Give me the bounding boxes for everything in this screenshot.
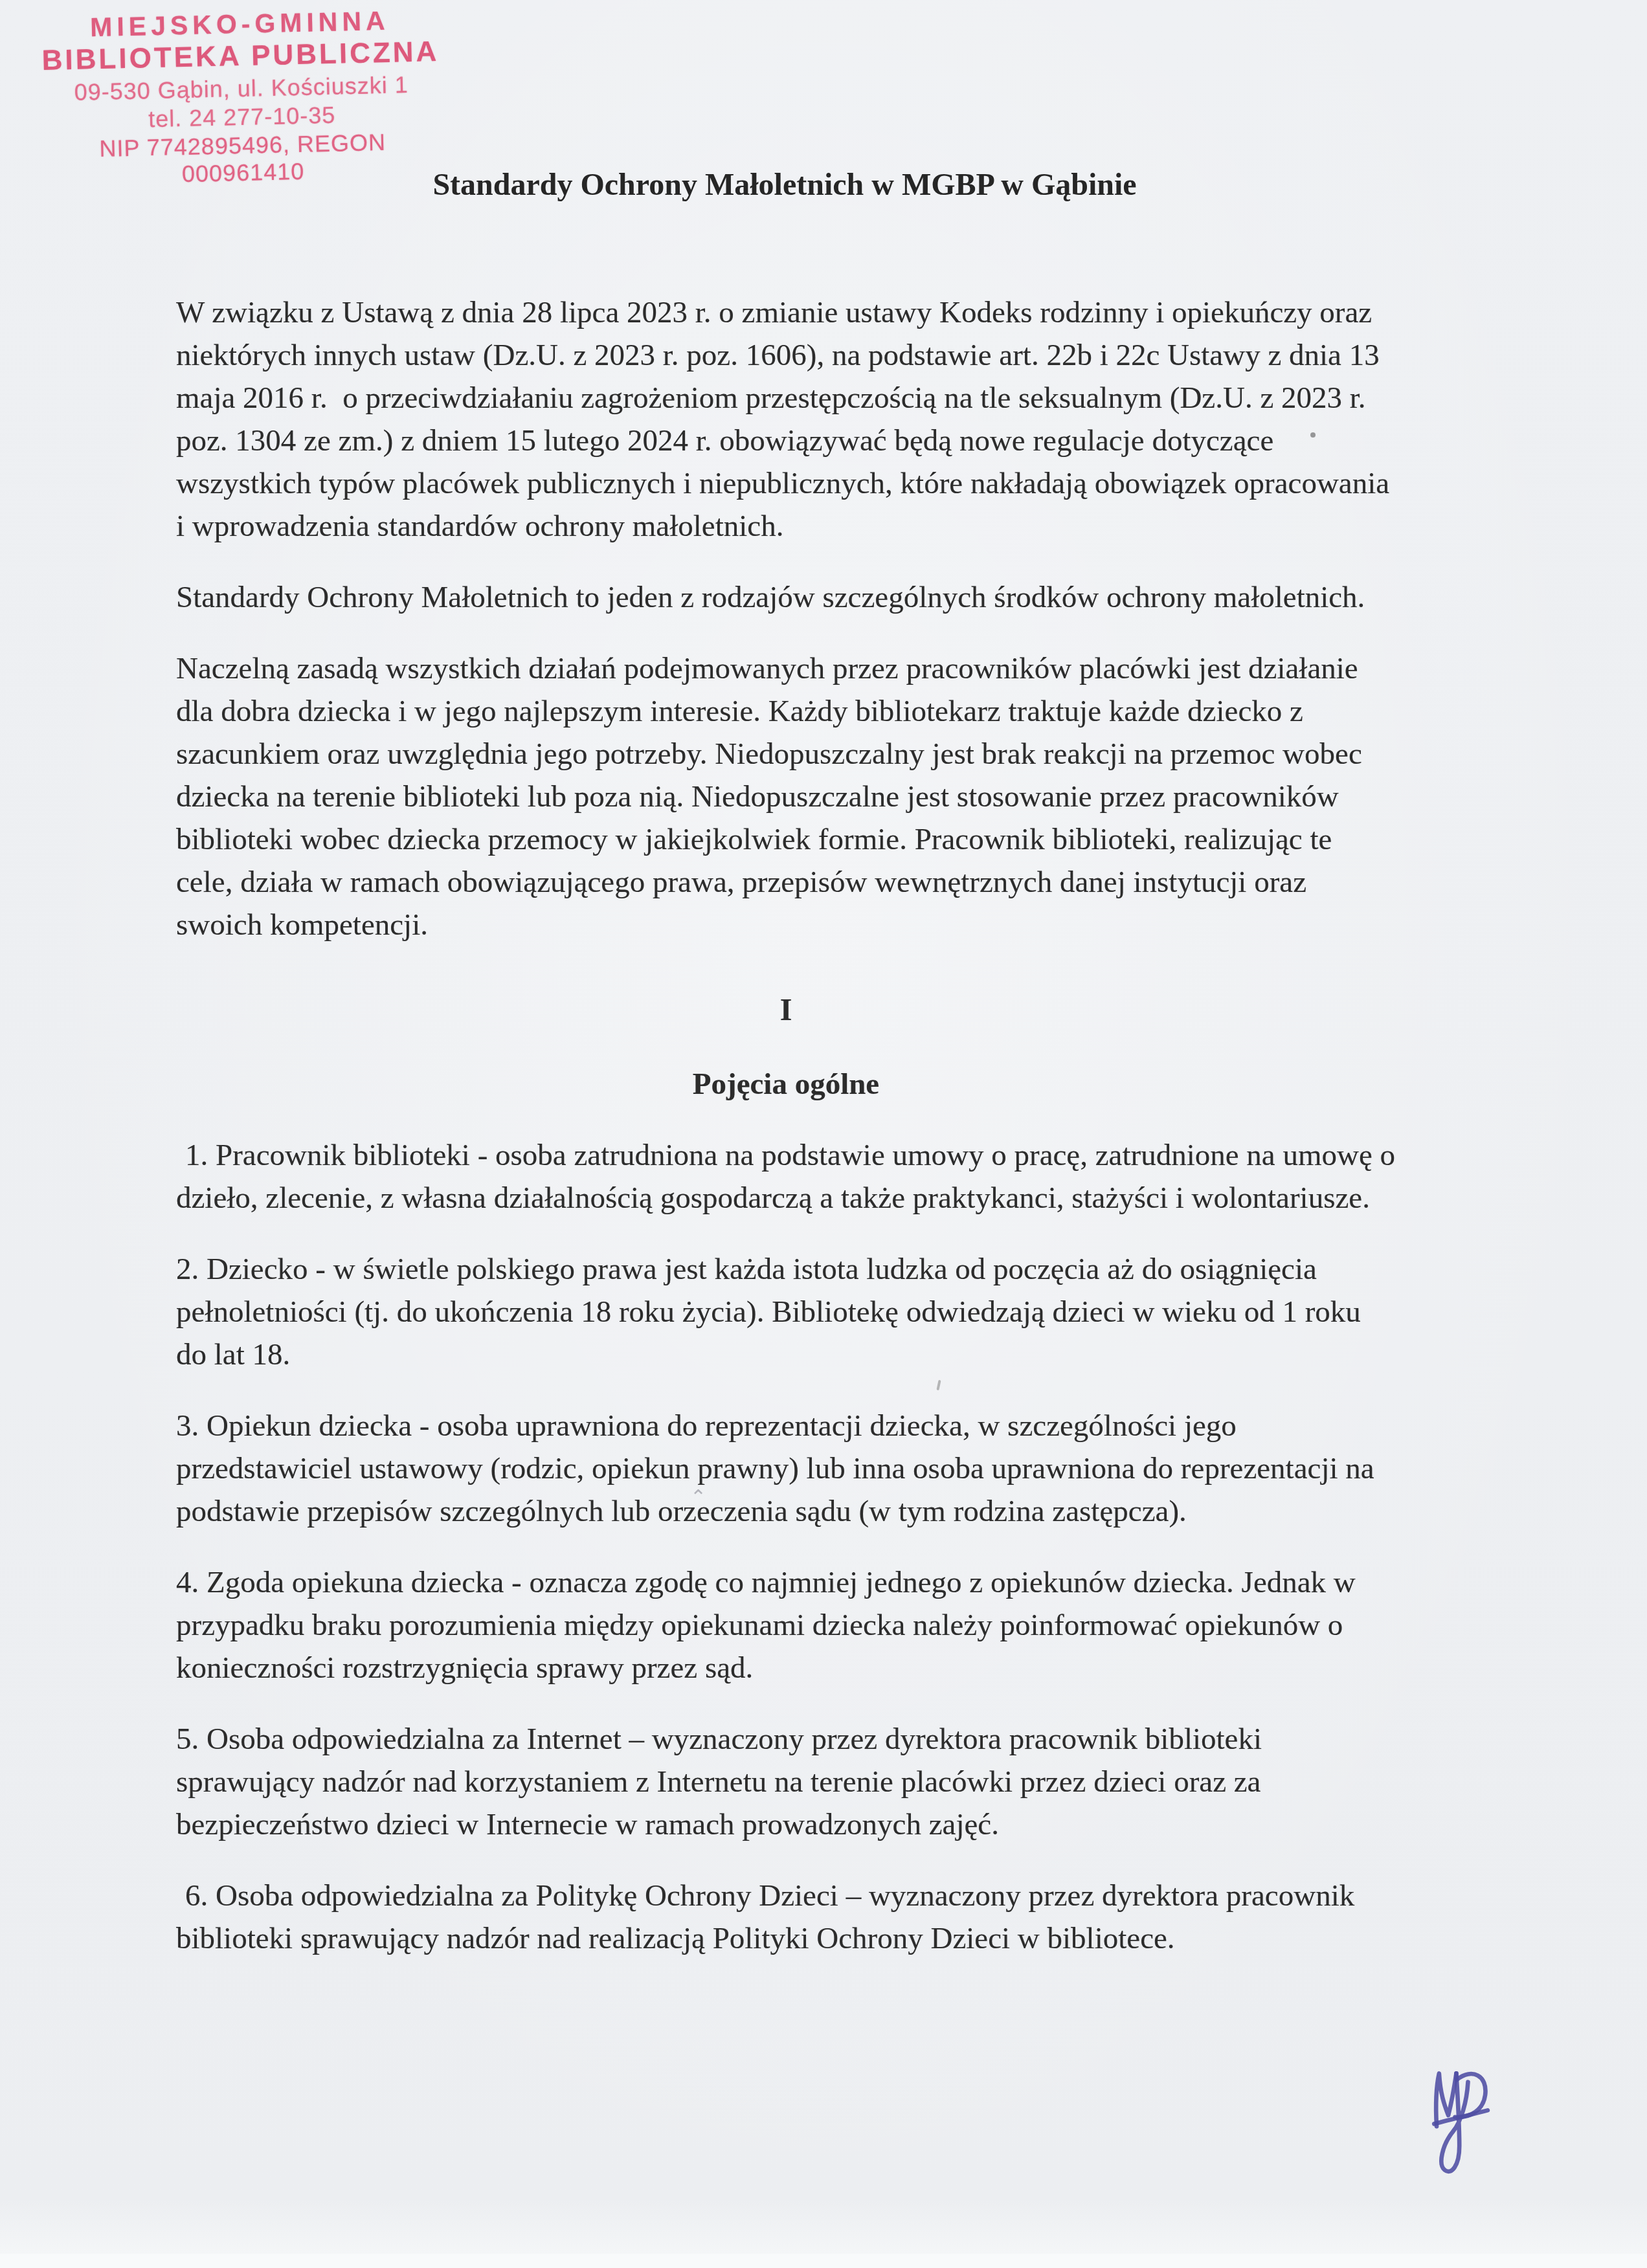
scanned-document-page: MIEJSKO-GMINNA BIBLIOTEKA PUBLICZNA 09-5… xyxy=(0,0,1647,2268)
list-item-definition-4: 4. Zgoda opiekuna dziecka - oznacza zgod… xyxy=(176,1561,1396,1689)
section-heading: Pojęcia ogólne xyxy=(176,1063,1396,1106)
library-stamp: MIEJSKO-GMINNA BIBLIOTEKA PUBLICZNA 09-5… xyxy=(36,5,447,191)
scan-artifact-caret: ⌃ xyxy=(690,1486,706,1509)
scan-bottom-edge xyxy=(0,2254,1647,2268)
paragraph-standards-definition: Standardy Ochrony Małoletnich to jeden z… xyxy=(176,576,1396,619)
list-item-definition-6: 6. Osoba odpowiedzialna za Politykę Ochr… xyxy=(176,1874,1396,1960)
list-item-definition-3: 3. Opiekun dziecka - osoba uprawniona do… xyxy=(176,1405,1396,1533)
list-item-definition-1: 1. Pracownik biblioteki - osoba zatrudni… xyxy=(176,1134,1396,1219)
paragraph-guiding-principle: Naczelną zasadą wszystkich działań podej… xyxy=(176,647,1396,946)
document-body: W związku z Ustawą z dnia 28 lipca 2023 … xyxy=(176,291,1396,1988)
scan-artifact-dot xyxy=(1310,432,1316,438)
signature-monogram xyxy=(1423,2066,1501,2189)
document-title: Standardy Ochrony Małoletnich w MGBP w G… xyxy=(176,166,1393,205)
paragraph-intro-legal-basis: W związku z Ustawą z dnia 28 lipca 2023 … xyxy=(176,291,1396,548)
list-item-definition-2: 2. Dziecko - w świetle polskiego prawa j… xyxy=(176,1248,1396,1376)
list-item-definition-5: 5. Osoba odpowiedzialna za Internet – wy… xyxy=(176,1718,1396,1846)
section-number: I xyxy=(176,989,1396,1032)
